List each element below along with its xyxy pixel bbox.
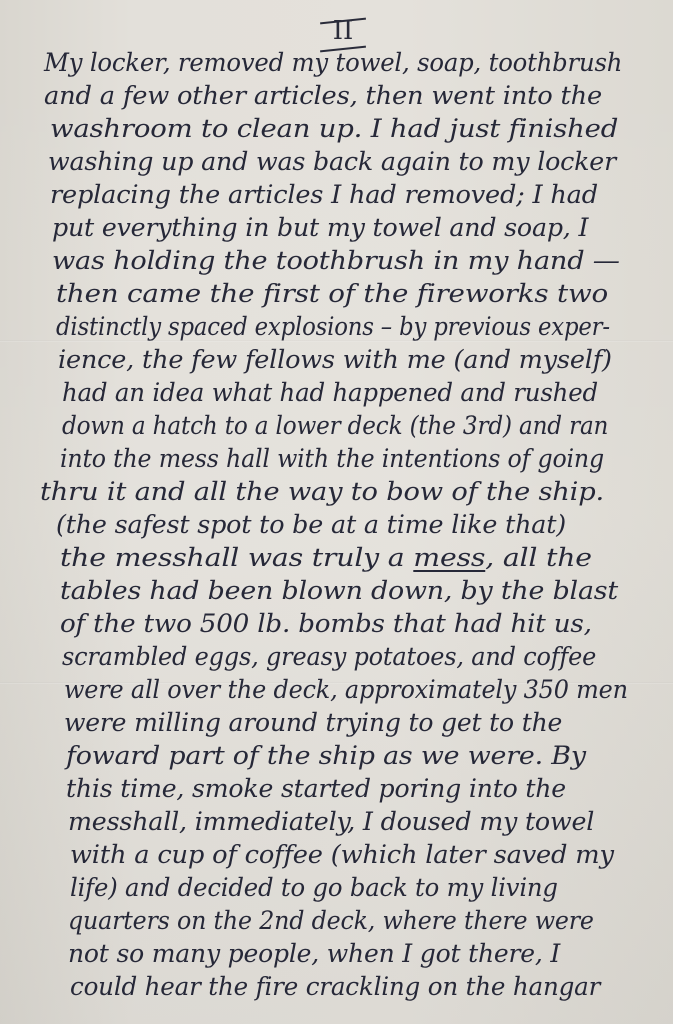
handwritten-line: distinctly spaced explosions – by previo… bbox=[56, 312, 610, 342]
handwritten-line: replacing the articles I had removed; I … bbox=[50, 180, 598, 210]
handwritten-line: then came the first of the fireworks two bbox=[56, 279, 608, 309]
handwritten-line: washing up and was back again to my lock… bbox=[48, 147, 616, 177]
handwritten-line: foward part of the ship as we were. By bbox=[66, 741, 586, 771]
handwritten-line: was holding the toothbrush in my hand — bbox=[52, 246, 620, 276]
handwritten-line: and a few other articles, then went into… bbox=[44, 81, 602, 111]
handwritten-line: could hear the fire crackling on the han… bbox=[70, 972, 600, 1002]
handwritten-line: life) and decided to go back to my livin… bbox=[70, 873, 558, 903]
letter-page: II My locker, removed my towel, soap, to… bbox=[0, 0, 673, 1024]
handwritten-line: the messhall was truly a mess, all the bbox=[60, 543, 592, 573]
handwritten-line: put everything in but my towel and soap,… bbox=[52, 213, 588, 243]
handwritten-line: My locker, removed my towel, soap, tooth… bbox=[44, 48, 622, 78]
handwritten-line: quarters on the 2nd deck, where there we… bbox=[68, 906, 594, 936]
handwritten-line: of the two 500 lb. bombs that had hit us… bbox=[60, 609, 592, 639]
handwritten-line: tables had been blown down, by the blast bbox=[60, 576, 618, 606]
handwritten-line: had an idea what had happened and rushed bbox=[62, 378, 598, 408]
handwritten-line: thru it and all the way to bow of the sh… bbox=[40, 477, 604, 507]
handwritten-line: this time, smoke started poring into the bbox=[66, 774, 566, 804]
handwritten-line: messhall, immediately, I doused my towel bbox=[68, 807, 594, 837]
underlined-word: mess bbox=[413, 543, 485, 573]
handwritten-line: were milling around trying to get to the bbox=[64, 708, 562, 738]
handwritten-line: washroom to clean up. I had just finishe… bbox=[50, 114, 618, 144]
handwritten-line: scrambled eggs, greasy potatoes, and cof… bbox=[62, 642, 596, 672]
handwritten-line: into the mess hall with the intentions o… bbox=[60, 444, 604, 474]
page-number: II bbox=[316, 18, 370, 44]
handwritten-line: down a hatch to a lower deck (the 3rd) a… bbox=[62, 411, 608, 441]
handwritten-line: (the safest spot to be at a time like th… bbox=[56, 510, 566, 540]
handwritten-line: ience, the few fellows with me (and myse… bbox=[58, 345, 612, 375]
handwritten-line: with a cup of coffee (which later saved … bbox=[70, 840, 614, 870]
handwritten-line: not so many people, when I got there, I bbox=[68, 939, 560, 969]
handwritten-line: were all over the deck, approximately 35… bbox=[64, 675, 628, 705]
